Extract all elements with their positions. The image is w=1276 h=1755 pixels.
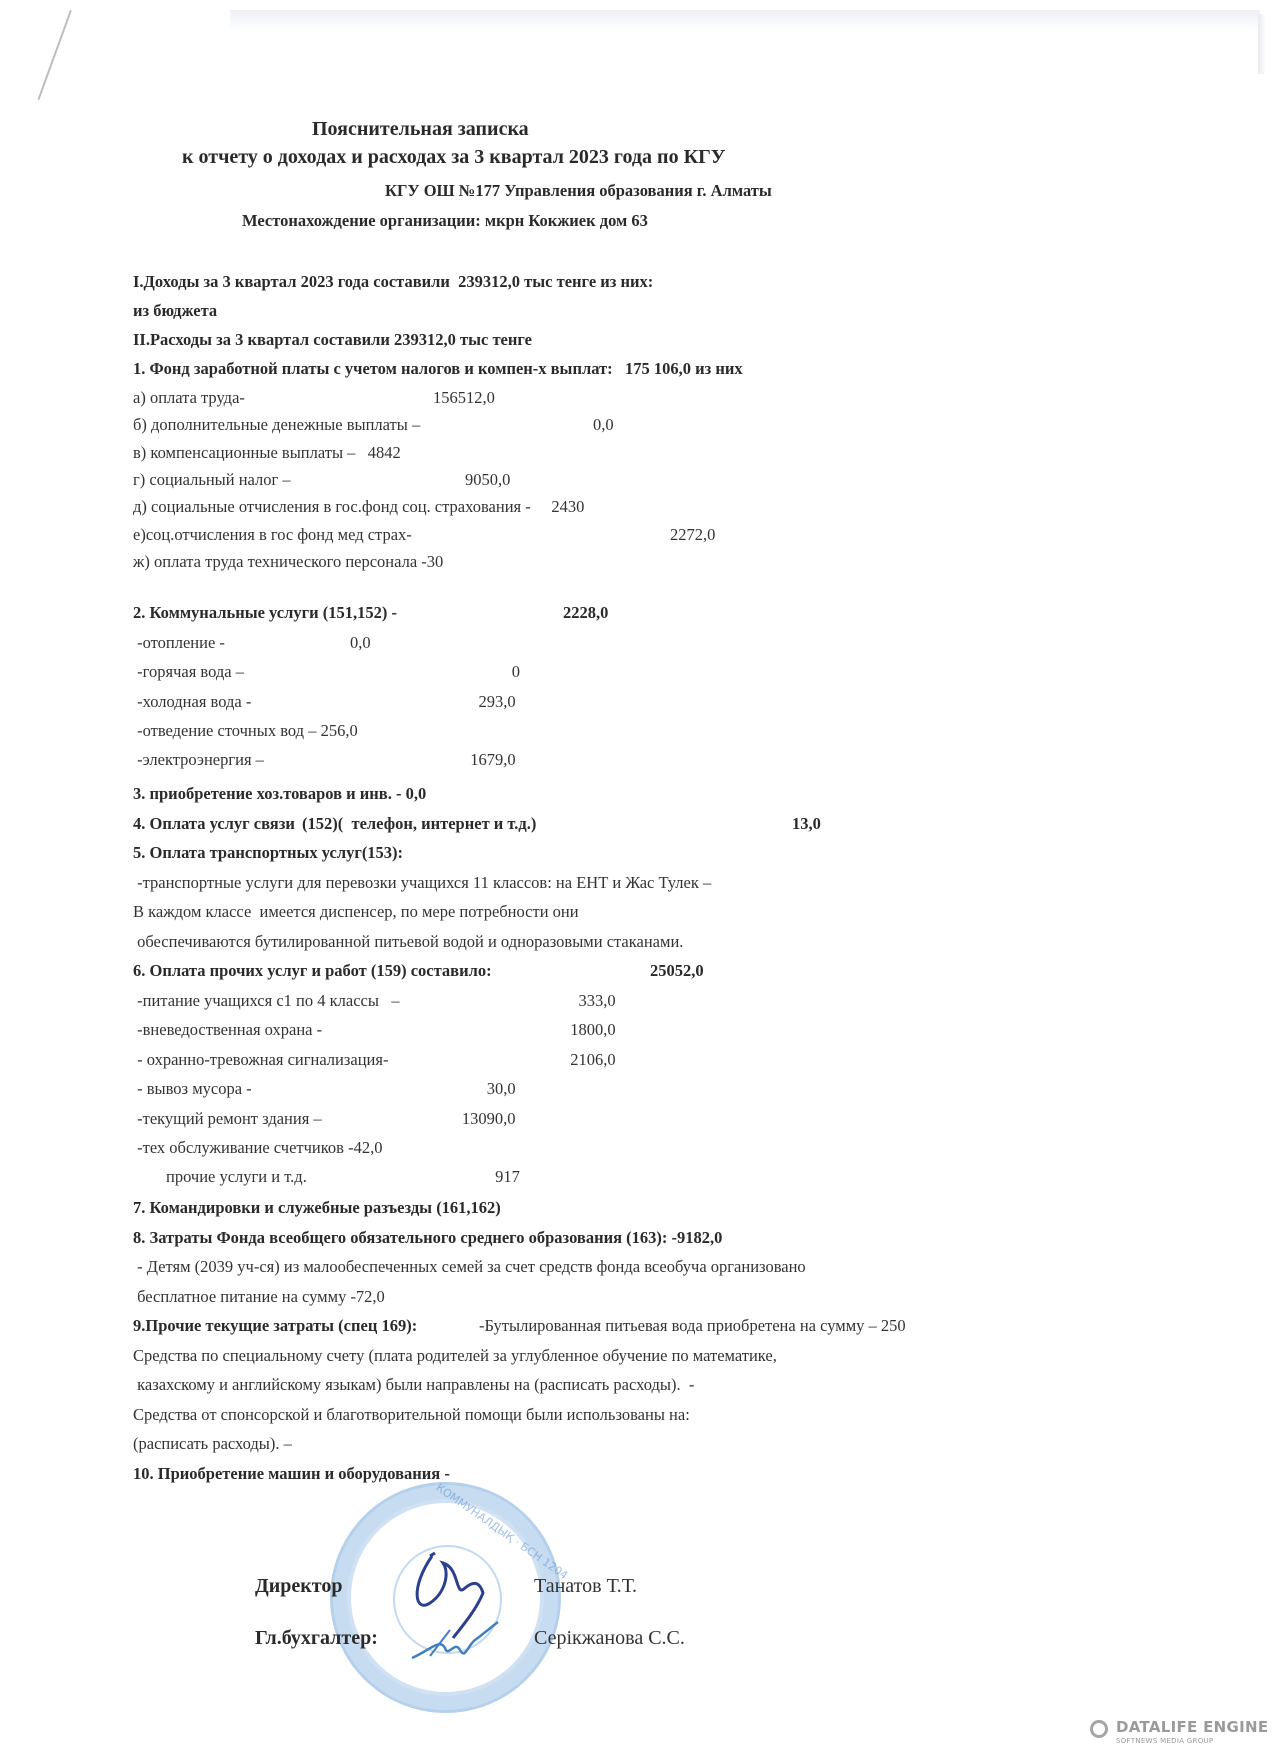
payroll-item: е)соц.отчисления в гос фонд мед страх- [133, 525, 412, 545]
section-6-total: 25052,0 [650, 961, 704, 981]
datalife-logo-icon [1090, 1720, 1108, 1738]
section-2-title: 2. Коммунальные услуги (151,152) - [133, 603, 397, 623]
director-name: Танатов Т.Т. [534, 1575, 637, 1598]
income-summary: I.Доходы за 3 квартал 2023 года составил… [133, 272, 653, 292]
service-item-value: 2106,0 [570, 1050, 615, 1070]
special-account-note: Средства по специальному счету (плата ро… [133, 1346, 777, 1366]
payroll-item: а) оплата труда- [133, 388, 245, 408]
special-account-note: Средства от спонсорской и благотворитель… [133, 1405, 690, 1425]
fund-note: бесплатное питание на сумму -72,0 [133, 1287, 385, 1307]
section-1-title: 1. Фонд заработной платы с учетом налого… [133, 359, 743, 379]
section-8-title: 8. Затраты Фонда всеобщего обязательного… [133, 1228, 722, 1248]
utility-item-value: 0,0 [350, 633, 371, 653]
transport-note: -транспортные услуги для перевозки учащи… [133, 873, 711, 893]
service-item: -тех обслуживание счетчиков -42,0 [133, 1138, 382, 1158]
utility-item: -электроэнергия – [133, 750, 264, 770]
service-item: - вывоз мусора - [133, 1079, 252, 1099]
payroll-item-value: 2272,0 [670, 525, 715, 545]
special-account-note: казахскому и английскому языкам) были на… [133, 1375, 694, 1395]
service-item-value: 30,0 [487, 1079, 516, 1099]
section-3-title: 3. приобретение хоз.товаров и инв. - 0,0 [133, 784, 426, 804]
expenses-summary: II.Расходы за 3 квартал составили 239312… [133, 330, 532, 350]
payroll-item: г) социальный налог – [133, 470, 291, 490]
transport-note: В каждом классе имеется диспенсер, по ме… [133, 902, 579, 922]
watermark-subtitle: SOFTNEWS MEDIA GROUP [1116, 1737, 1213, 1745]
payroll-item-value: 156512,0 [433, 388, 495, 408]
income-source: из бюджета [133, 301, 217, 321]
director-label: Директор [255, 1575, 343, 1598]
accountant-label: Гл.бухгалтер: [255, 1627, 378, 1650]
section-10-title: 10. Приобретение машин и оборудования - [133, 1464, 450, 1484]
service-item: -текущий ремонт здания – [133, 1109, 322, 1129]
payroll-item-value: 0,0 [593, 415, 614, 435]
utility-item-value: 0 [512, 662, 520, 682]
payroll-item: б) дополнительные денежные выплаты – [133, 415, 420, 435]
document-body: I.Доходы за 3 квартал 2023 года составил… [0, 0, 1276, 1755]
special-account-note: (расписать расходы). – [133, 1434, 292, 1454]
service-item-value: 917 [495, 1167, 520, 1187]
section-2-total: 2228,0 [563, 603, 608, 623]
payroll-item: д) социальные отчисления в гос.фонд соц.… [133, 497, 584, 517]
utility-item-value: 1679,0 [470, 750, 515, 770]
transport-note: обеспечиваются бутилированной питьевой в… [133, 932, 683, 952]
payroll-item: в) компенсационные выплаты – 4842 [133, 443, 401, 463]
section-4-title: 4. Оплата услуг связи [133, 814, 295, 834]
service-item: -питание учащихся с1 по 4 классы – [133, 991, 400, 1011]
accountant-name: Серікжанова С.С. [534, 1627, 685, 1650]
payroll-item-value: 9050,0 [465, 470, 510, 490]
section-9-title: 9.Прочие текущие затраты (спец 169): [133, 1316, 421, 1336]
section-4-value: 13,0 [792, 814, 821, 834]
section-6-title: 6. Оплата прочих услуг и работ (159) сос… [133, 961, 492, 981]
utility-item: -отведение сточных вод – 256,0 [133, 721, 358, 741]
service-item: прочие услуги и т.д. [133, 1167, 307, 1187]
section-7-title: 7. Командировки и служебные разъезды (16… [133, 1198, 501, 1218]
utility-item-value: 293,0 [479, 692, 516, 712]
utility-item: -горячая вода – [133, 662, 244, 682]
fund-note: - Детям (2039 уч-ся) из малообеспеченных… [133, 1257, 806, 1277]
section-4-detail: (152)( телефон, интернет и т.д.) [302, 814, 536, 834]
section-9-detail: -Бутылированная питьевая вода приобретен… [479, 1316, 906, 1336]
section-5-title: 5. Оплата транспортных услуг(153): [133, 843, 403, 863]
service-item-value: 13090,0 [462, 1109, 516, 1129]
accountant-signature [410, 1620, 500, 1665]
service-item-value: 333,0 [579, 991, 616, 1011]
service-item: -вневедоственная охрана - [133, 1020, 322, 1040]
service-item: - охранно-тревожная сигнализация- [133, 1050, 388, 1070]
utility-item: -холодная вода - [133, 692, 251, 712]
watermark-title: DATALIFE ENGINE [1116, 1718, 1268, 1736]
payroll-item: ж) оплата труда технического персонала -… [133, 552, 443, 572]
service-item-value: 1800,0 [570, 1020, 615, 1040]
utility-item: -отопление - [133, 633, 225, 653]
